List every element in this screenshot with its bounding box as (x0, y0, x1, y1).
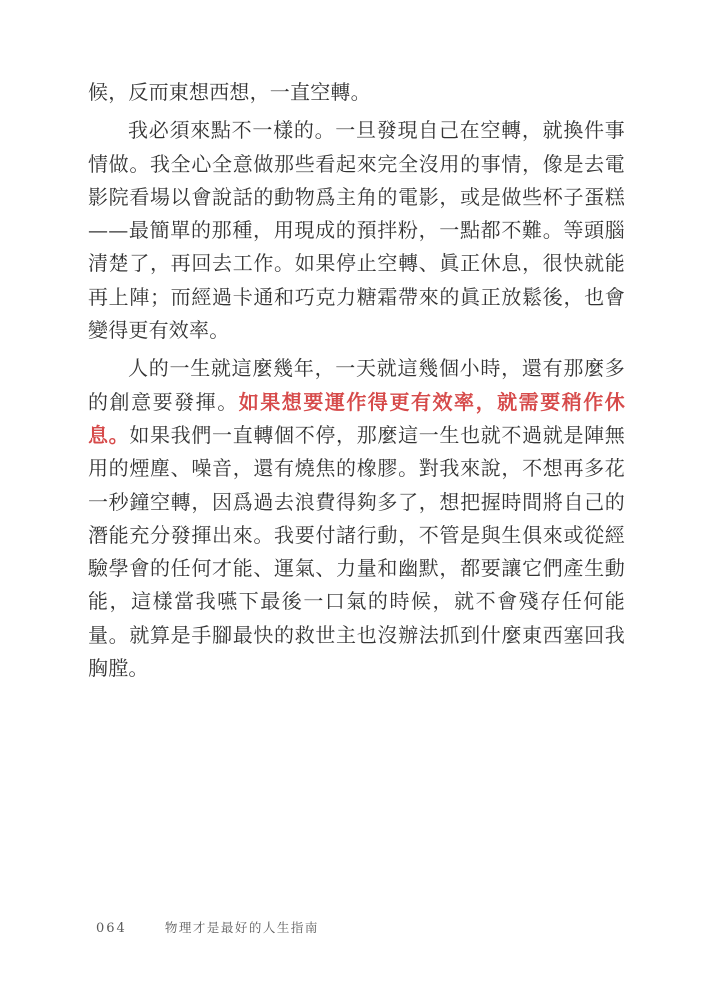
paragraph-3-tail: 如果我們一直轉個不停，那麼這一生也就不過就是陣無用的煙塵、噪音，還有燒焦的橡膠。… (88, 423, 625, 680)
book-page: 候，反而東想西想，一直空轉。 我必須來點不一樣的。一旦發現自己在空轉，就換件事情… (0, 0, 711, 1000)
page-footer: 064 物理才是最好的人生指南 (96, 918, 319, 936)
body-text: 候，反而東想西想，一直空轉。 我必須來點不一樣的。一旦發現自己在空轉，就換件事情… (88, 76, 625, 685)
book-title: 物理才是最好的人生指南 (165, 918, 319, 936)
page-number: 064 (96, 921, 127, 936)
paragraph-continuation: 候，反而東想西想，一直空轉。 (88, 76, 625, 109)
paragraph-2: 我必須來點不一樣的。一旦發現自己在空轉，就換件事情做。我全心全意做那些看起來完全… (88, 114, 625, 347)
paragraph-3: 人的一生就這麼幾年，一天就這幾個小時，還有那麼多的創意要發揮。如果想要運作得更有… (88, 352, 625, 685)
